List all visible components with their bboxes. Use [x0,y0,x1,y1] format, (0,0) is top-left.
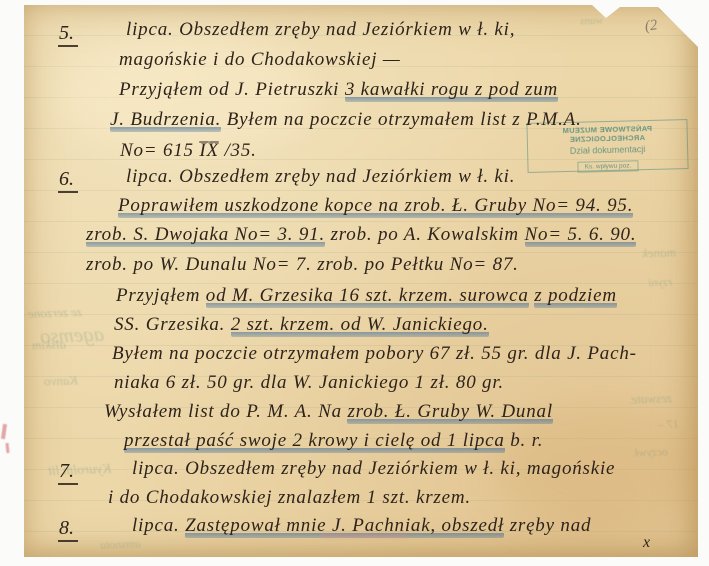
paper-sheet: ze zerzone alskim agemso manek rzyni zes… [24,5,698,557]
bleedthrough-text: manek [642,244,676,261]
text-segment-underlined: 2 szt. krzem. od W. Janickiego. [231,314,489,337]
bleedthrough-text: amsnota [100,536,141,552]
scanned-journal-page: { "page": { "page_number": "(2", "footno… [0,0,709,566]
entry-day-number: 5. [58,22,78,47]
text-segment-underlined: zrob. S. Dwojaka No= 3. 91. [86,224,325,247]
handwritten-line: Przyjąłem od M. Grzesika 16 szt. krzem. … [116,285,617,307]
corner-crease [659,7,709,53]
text-segment: lipca. Obszedłem zręby nad Jeziórkiem w … [126,19,515,40]
handwritten-line: przestał paść swoje 2 krowy i cielę od 1… [124,430,543,452]
handwritten-line: Przyjąłem od J. Pietruszki 3 kawałki rog… [119,79,558,101]
text-segment: Wysłałem list do P. M. A. Na [104,401,347,422]
text-segment: zręby nad [504,515,591,536]
bleedthrough-text: agemso [40,322,105,349]
bleedthrough-text: 17 – [658,417,680,433]
page-number: (2 [644,17,659,36]
handwritten-line: zrob. po W. Dunalu No= 7. zrob. po Pełtk… [86,254,519,276]
text-segment: lipca. Obszedłem zręby nad Jeziórkiem w … [132,458,615,479]
entry-day-number: 6. [58,168,78,193]
handwritten-line: i do Chodakowskiej znalazłem 1 szt. krze… [108,487,471,509]
pink-smudge [320,533,408,538]
red-margin-mark [5,443,9,453]
text-segment: niaka 6 zł. 50 gr. dla W. Janickiego 1 z… [114,372,504,393]
text-segment-underlined: Poprawiłem uszkodzone kopce na zrob. Ł. … [118,195,633,218]
stamp-line-3: Ks. wpływu poz. [578,160,639,172]
footnote-x-mark: x [643,534,650,552]
text-segment: lipca. [132,515,185,536]
handwritten-line: Byłem na poczcie otrzymałem pobory 67 zł… [112,343,637,365]
bleedthrough-text: wans [580,15,603,28]
text-segment-underlined: przestał paść swoje 2 krowy i cielę od 1… [124,430,505,453]
bleedthrough-text: rzyni [648,275,673,291]
bleedthrough-text: oczywł. [632,444,668,460]
stamp-line-2: Dział dokumentacji [528,143,687,157]
bleedthrough-text: Kanvo [44,372,78,389]
handwritten-line: zrob. S. Dwojaka No= 3. 91. zrob. po A. … [86,224,636,246]
handwritten-line: niaka 6 zł. 50 gr. dla W. Janickiego 1 z… [114,372,504,394]
handwritten-line: magońskie i do Chodakowskiej — [119,49,401,71]
handwritten-line: lipca. Obszedłem zręby nad Jeziórkiem w … [126,166,515,188]
text-segment: i do Chodakowskiej znalazłem 1 szt. krze… [108,487,471,508]
text-segment: Byłem na poczcie otrzymałem list z P.M.A… [221,109,581,130]
handwritten-line: No= 615 I̅X̅ /35. [120,140,257,162]
text-segment-underlined: J. Budrzenia. [110,109,221,132]
handwritten-line: SS. Grzesika. 2 szt. krzem. od W. Janick… [114,314,489,336]
text-segment-underlined: No= 5. 6. 90. [525,224,637,247]
text-segment-underlined: z podziem [534,285,617,308]
text-segment-underlined: 3 kawałki rogu z pod zum [345,79,558,102]
handwritten-line: Wysłałem list do P. M. A. Na zrob. Ł. Gr… [104,401,553,423]
text-segment-underlined: zrob. Ł. Gruby W. Dunal [347,401,552,424]
text-segment: Przyjąłem [116,285,206,306]
text-segment: SS. Grzesika. [114,314,231,335]
text-segment: Przyjąłem od J. Pietruszki [119,79,345,100]
handwritten-line: lipca. Obszedłem zręby nad Jeziórkiem w … [126,19,515,41]
handwritten-line: Poprawiłem uszkodzone kopce na zrob. Ł. … [118,195,633,217]
red-margin-mark [1,424,7,439]
text-segment: lipca. Obszedłem zręby nad Jeziórkiem w … [126,166,515,187]
text-segment: zrob. po W. Dunalu No= 7. zrob. po Pełtk… [86,254,519,275]
text-segment: Byłem na poczcie otrzymałem pobory 67 zł… [112,343,637,364]
text-segment-underlined: od M. Grzesika 16 szt. krzem. surowca [206,285,529,308]
handwritten-line: J. Budrzenia. Byłem na poczcie otrzymałe… [110,109,582,131]
bleedthrough-text: ze zerzone [28,304,82,322]
text-segment: b. r. [505,430,544,451]
text-segment: zrob. po A. Kowalskim [325,224,524,245]
entry-day-number: 7. [58,460,78,485]
bleedthrough-text: zeswate. [628,390,672,408]
text-segment: magońskie i do Chodakowskiej — [119,49,401,70]
handwritten-line: lipca. Obszedłem zręby nad Jeziórkiem w … [132,458,615,480]
text-segment: No= 615 I̅X̅ /35. [120,140,257,161]
entry-day-number: 8. [58,517,78,542]
